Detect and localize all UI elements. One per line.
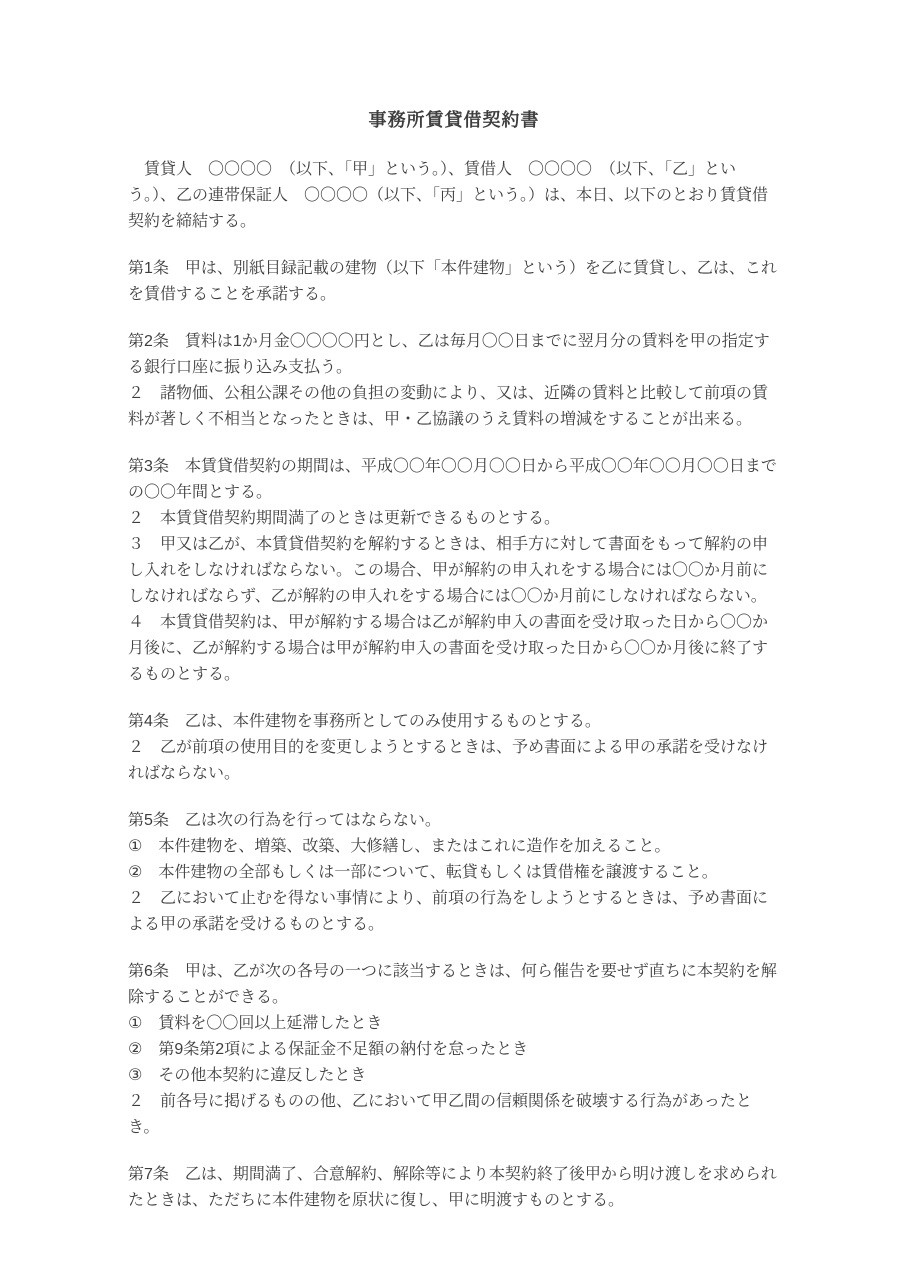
article-6-clause-2: ２ 前各号に掲げるものの他、乙において甲乙間の信頼関係を破壊する行為があったとき… xyxy=(128,1089,780,1141)
document-title: 事務所賃貸借契約書 xyxy=(128,107,780,133)
article-5-clause-2: ２ 乙において止むを得ない事情により、前項の行為をしようとするときは、予め書面に… xyxy=(128,886,780,938)
document-page: 事務所賃貸借契約書 賃貸人 〇〇〇〇 （以下、「甲」という。）、賃借人 〇〇〇〇… xyxy=(0,0,905,1280)
article-3-clause-4: ４ 本賃貸借契約は、甲が解約する場合は乙が解約申入の書面を受け取った日から〇〇か… xyxy=(128,610,780,688)
article-5-item-1: ① 本件建物を、増築、改築、大修繕し、またはこれに造作を加えること。 xyxy=(128,834,780,860)
article-6-item-1: ① 賃料を〇〇回以上延滞したとき xyxy=(128,1011,780,1037)
article-2-clause-2: ２ 諸物価、公租公課その他の負担の変動により、又は、近隣の賃料と比較して前項の賃… xyxy=(128,381,780,433)
article-6-item-3: ③ その他本契約に違反したとき xyxy=(128,1063,780,1089)
article-5-item-2: ② 本件建物の全部もしくは一部について、転貸もしくは賃借権を譲渡すること。 xyxy=(128,860,780,886)
article-1-clause-1: 第1条 甲は、別紙目録記載の建物（以下「本件建物」という）を乙に賃貸し、乙は、こ… xyxy=(128,256,780,308)
article-2: 第2条 賃料は1か月金〇〇〇〇円とし、乙は毎月〇〇日までに翌月分の賃料を甲の指定… xyxy=(128,329,780,433)
article-5: 第5条 乙は次の行為を行ってはならない。 ① 本件建物を、増築、改築、大修繕し、… xyxy=(128,808,780,938)
preamble-paragraph: 賃貸人 〇〇〇〇 （以下、「甲」という。）、賃借人 〇〇〇〇 （以下、「乙」とい… xyxy=(128,157,780,235)
article-7: 第7条 乙は、期間満了、合意解約、解除等により本契約終了後甲から明け渡しを求めら… xyxy=(128,1162,780,1214)
article-6: 第6条 甲は、乙が次の各号の一つに該当するときは、何ら催告を要せず直ちに本契約を… xyxy=(128,959,780,1141)
article-3-clause-1: 第3条 本賃貸借契約の期間は、平成〇〇年〇〇月〇〇日から平成〇〇年〇〇月〇〇日ま… xyxy=(128,454,780,506)
article-6-item-2: ② 第9条第2項による保証金不足額の納付を怠ったとき xyxy=(128,1037,780,1063)
article-6-clause-1: 第6条 甲は、乙が次の各号の一つに該当するときは、何ら催告を要せず直ちに本契約を… xyxy=(128,959,780,1011)
article-4-clause-2: ２ 乙が前項の使用目的を変更しようとするときは、予め書面による甲の承諾を受けなけ… xyxy=(128,735,780,787)
article-3-clause-2: ２ 本賃貸借契約期間満了のときは更新できるものとする。 xyxy=(128,506,780,532)
article-4-clause-1: 第4条 乙は、本件建物を事務所としてのみ使用するものとする。 xyxy=(128,709,780,735)
article-2-clause-1: 第2条 賃料は1か月金〇〇〇〇円とし、乙は毎月〇〇日までに翌月分の賃料を甲の指定… xyxy=(128,329,780,381)
article-7-clause-1: 第7条 乙は、期間満了、合意解約、解除等により本契約終了後甲から明け渡しを求めら… xyxy=(128,1162,780,1214)
article-4: 第4条 乙は、本件建物を事務所としてのみ使用するものとする。 ２ 乙が前項の使用… xyxy=(128,709,780,787)
article-5-clause-1: 第5条 乙は次の行為を行ってはならない。 xyxy=(128,808,780,834)
article-1: 第1条 甲は、別紙目録記載の建物（以下「本件建物」という）を乙に賃貸し、乙は、こ… xyxy=(128,256,780,308)
article-3-clause-3: ３ 甲又は乙が、本賃貸借契約を解約するときは、相手方に対して書面をもって解約の申… xyxy=(128,532,780,610)
article-3: 第3条 本賃貸借契約の期間は、平成〇〇年〇〇月〇〇日から平成〇〇年〇〇月〇〇日ま… xyxy=(128,454,780,688)
